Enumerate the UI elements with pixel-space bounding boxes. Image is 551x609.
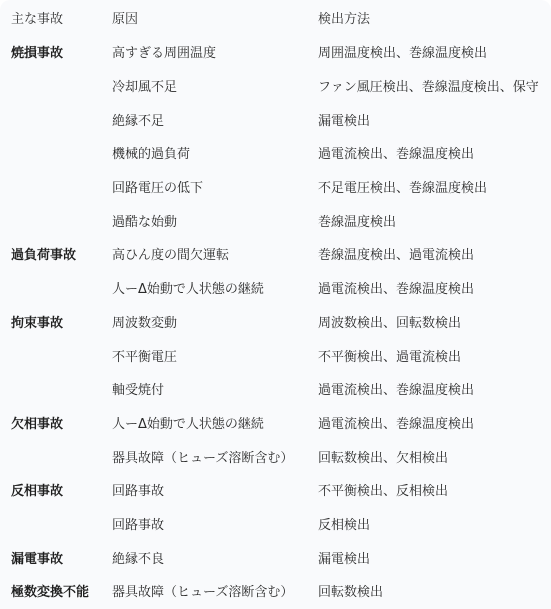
accident-cell: 過負荷事故 (0, 237, 101, 271)
table-row: 人ーΔ始動で人状態の継続 過電流検出、巻線温度検出 (0, 271, 551, 305)
header-accident: 主な事故 (0, 0, 101, 35)
detection-cell: 過電流検出、巻線温度検出 (307, 406, 551, 440)
accident-cell (0, 170, 101, 204)
header-detection: 検出方法 (307, 0, 551, 35)
detection-cell: 反相検出 (307, 507, 551, 541)
detection-cell: 漏電検出 (307, 102, 551, 136)
header-cause: 原因 (101, 0, 307, 35)
detection-cell: 不平衡検出、過電流検出 (307, 338, 551, 372)
table-row: 反相事故 回路事故 不平衡検出、反相検出 (0, 473, 551, 507)
accident-cell: 欠相事故 (0, 406, 101, 440)
table-row: 軸受焼付 過電流検出、巻線温度検出 (0, 372, 551, 406)
cause-cell: 人ーΔ始動で人状態の継続 (101, 271, 307, 305)
accident-detection-table: 主な事故 原因 検出方法 焼損事故 高すぎる周囲温度 周囲温度検出、巻線温度検出… (0, 0, 551, 608)
detection-cell: 漏電検出 (307, 540, 551, 574)
cause-cell: 高ひん度の間欠運転 (101, 237, 307, 271)
table-row: 器具故障（ヒューズ溶断含む） 回転数検出、欠相検出 (0, 439, 551, 473)
detection-cell: 不平衡検出、反相検出 (307, 473, 551, 507)
detection-cell: ファン風圧検出、巻線温度検出、保守 (307, 69, 551, 103)
table-row: 冷却風不足 ファン風圧検出、巻線温度検出、保守 (0, 69, 551, 103)
accident-cell (0, 439, 101, 473)
table-row: 拘束事故 周波数変動 周波数検出、回転数検出 (0, 305, 551, 339)
cause-cell: 絶縁不良 (101, 540, 307, 574)
accident-cell (0, 69, 101, 103)
accident-cell (0, 102, 101, 136)
detection-cell: 過電流検出、巻線温度検出 (307, 136, 551, 170)
detection-cell: 巻線温度検出 (307, 203, 551, 237)
accident-cell: 極数変換不能 (0, 574, 101, 608)
detection-cell: 周囲温度検出、巻線温度検出 (307, 35, 551, 69)
accident-cell (0, 338, 101, 372)
detection-cell: 回転数検出 (307, 574, 551, 608)
table-row: 回路事故 反相検出 (0, 507, 551, 541)
accident-cell: 焼損事故 (0, 35, 101, 69)
accident-cell: 漏電事故 (0, 540, 101, 574)
table-row: 過負荷事故 高ひん度の間欠運転 巻線温度検出、過電流検出 (0, 237, 551, 271)
table-row: 機械的過負荷 過電流検出、巻線温度検出 (0, 136, 551, 170)
cause-cell: 不平衡電圧 (101, 338, 307, 372)
table-row: 焼損事故 高すぎる周囲温度 周囲温度検出、巻線温度検出 (0, 35, 551, 69)
detection-cell: 過電流検出、巻線温度検出 (307, 271, 551, 305)
cause-cell: 回路電圧の低下 (101, 170, 307, 204)
detection-cell: 巻線温度検出、過電流検出 (307, 237, 551, 271)
accident-cell (0, 203, 101, 237)
cause-cell: 機械的過負荷 (101, 136, 307, 170)
cause-cell: 回路事故 (101, 473, 307, 507)
accident-cell (0, 507, 101, 541)
cause-cell: 回路事故 (101, 507, 307, 541)
table-row: 不平衡電圧 不平衡検出、過電流検出 (0, 338, 551, 372)
accident-cell (0, 271, 101, 305)
table-row: 極数変換不能 器具故障（ヒューズ溶断含む） 回転数検出 (0, 574, 551, 608)
cause-cell: 人ーΔ始動で人状態の継続 (101, 406, 307, 440)
cause-cell: 器具故障（ヒューズ溶断含む） (101, 439, 307, 473)
cause-cell: 高すぎる周囲温度 (101, 35, 307, 69)
accident-cell (0, 136, 101, 170)
accident-cell: 拘束事故 (0, 305, 101, 339)
detection-cell: 回転数検出、欠相検出 (307, 439, 551, 473)
cause-cell: 軸受焼付 (101, 372, 307, 406)
cause-cell: 過酷な始動 (101, 203, 307, 237)
detection-cell: 周波数検出、回転数検出 (307, 305, 551, 339)
accident-cell (0, 372, 101, 406)
cause-cell: 絶縁不足 (101, 102, 307, 136)
detection-cell: 不足電圧検出、巻線温度検出 (307, 170, 551, 204)
cause-cell: 器具故障（ヒューズ溶断含む） (101, 574, 307, 608)
table-row: 絶縁不足 漏電検出 (0, 102, 551, 136)
accident-cell: 反相事故 (0, 473, 101, 507)
table-row: 回路電圧の低下 不足電圧検出、巻線温度検出 (0, 170, 551, 204)
table-row: 過酷な始動 巻線温度検出 (0, 203, 551, 237)
table-row: 漏電事故 絶縁不良 漏電検出 (0, 540, 551, 574)
table-row: 欠相事故 人ーΔ始動で人状態の継続 過電流検出、巻線温度検出 (0, 406, 551, 440)
table-header-row: 主な事故 原因 検出方法 (0, 0, 551, 35)
cause-cell: 周波数変動 (101, 305, 307, 339)
cause-cell: 冷却風不足 (101, 69, 307, 103)
table-card: 主な事故 原因 検出方法 焼損事故 高すぎる周囲温度 周囲温度検出、巻線温度検出… (0, 0, 551, 609)
detection-cell: 過電流検出、巻線温度検出 (307, 372, 551, 406)
